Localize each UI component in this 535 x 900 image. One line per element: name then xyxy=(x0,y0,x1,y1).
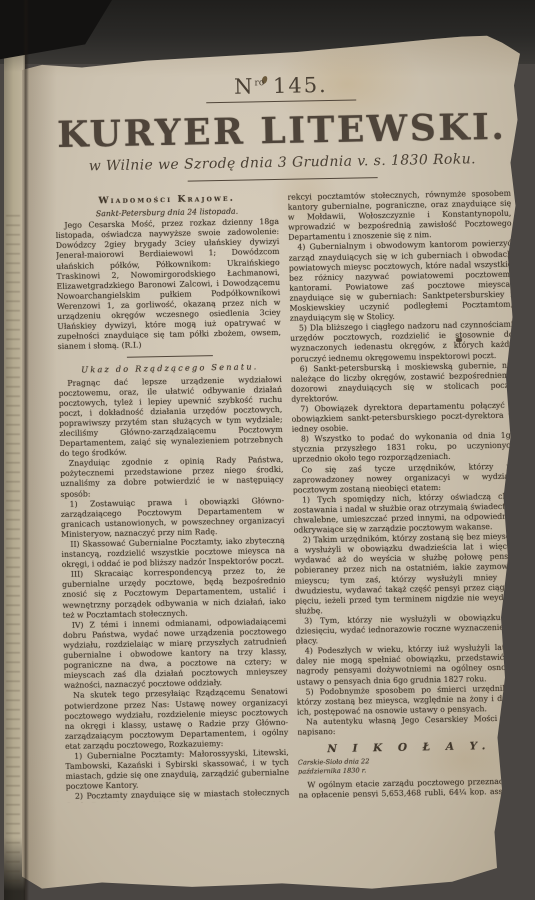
divider-rule xyxy=(188,177,378,181)
left-column: Wiadomości Krajowe. Sankt-Petersburg dni… xyxy=(55,193,290,803)
newspaper-title: KURYER LITEWSKI. xyxy=(53,106,510,156)
imperial-signature: N I K O Ł A Y. xyxy=(298,741,522,755)
paragraph: 1) Zostawuiąc prawa i obowiązki Główno-z… xyxy=(60,495,284,539)
issue-prefix: N xyxy=(234,74,255,98)
right-paragraphs: rekcyi pocztamtów stołecznych, równymże … xyxy=(287,189,520,738)
paragraph: Znayduiąc zgodnie z opinią Rady Państwa,… xyxy=(60,455,284,499)
paragraph: 4) Gubernialnym i obwodowym kantorom pow… xyxy=(288,239,513,324)
section-header: Wiadomości Krajowe. xyxy=(55,193,279,207)
paragraph: Pragnąc dać lepsze urządzenie wydziałowi… xyxy=(58,374,283,459)
paragraph: rekcyi pocztamtów stołecznych, równymże … xyxy=(287,189,511,244)
paragraph: Co się zaś tycze urzędników, którzy po z… xyxy=(292,461,516,495)
paragraph: Na skutek tego przesyłaiąc Rządzącemu Se… xyxy=(64,687,289,752)
issue-superscript: ro xyxy=(254,78,264,88)
paragraph: II) Skassować Gubernialne Pocztamty, iak… xyxy=(61,536,285,570)
page-content: Nro 145. KURYER LITEWSKI. w Wilnie we Sz… xyxy=(22,29,535,803)
paragraph: 4) Podeszłych w wieku, którzy iuż wysłuż… xyxy=(296,643,520,687)
paragraph: 2) Takim urzędnikóm, którzy zostaną się … xyxy=(294,532,519,617)
paragraph: 8) Wszystko to podać do wykonania od dni… xyxy=(292,431,516,465)
section-divider-rule xyxy=(127,356,213,359)
paragraph: IV) Z témi i innemi odmianami, odpowiada… xyxy=(63,617,288,692)
paragraph: 6) Sankt-petersburską i moskiewską guber… xyxy=(291,360,515,404)
issue-number: Nro 145. xyxy=(53,70,509,102)
paragraph: 3) Tym, którzy nie wysłużyli w obowiązku… xyxy=(295,613,519,647)
masthead: Nro 145. KURYER LITEWSKI. w Wilnie we Sz… xyxy=(53,70,511,184)
paragraph: III) Skracaiąc korrespondencyą przez to,… xyxy=(62,566,286,621)
ukaz-header: Ukaz do Rządzącego Senatu. xyxy=(58,361,282,375)
issue-value: 145. xyxy=(273,73,328,98)
newspaper-page: Nro 145. KURYER LITEWSKI. w Wilnie we Sz… xyxy=(22,34,522,892)
body-columns: Wiadomości Krajowe. Sankt-Petersburg dni… xyxy=(55,189,522,803)
paragraph: Jego Cesarska Mość, przez rozkaz dzienny… xyxy=(55,217,281,352)
paragraph: 1) Tych spomiędzy nich, którzy oświadczą… xyxy=(293,491,517,535)
paragraph: Na autentyku własną Jego Cesarskiey Mośc… xyxy=(297,713,521,737)
paragraph: 5) Dla bliższego i ciągłego nadzoru nad … xyxy=(290,320,514,364)
scan-background: Nro 145. KURYER LITEWSKI. w Wilnie we Sz… xyxy=(0,0,535,900)
signature-place-date: Carskie-Sioło dnia 22 października 1830 … xyxy=(298,757,392,776)
paragraph: 5) Podobnymże sposobem po śmierci urzędn… xyxy=(296,683,520,717)
divider-rule xyxy=(206,99,356,103)
ukaz-paragraphs: Pragnąc dać lepsze urządzenie wydziałowi… xyxy=(58,374,289,803)
paragraph: W ogólnym etacie zarządu pocztowego prze… xyxy=(298,777,522,799)
adjacent-page-edge xyxy=(4,0,25,900)
paragraph: 7) Obowiązek dyrektora departamentu połą… xyxy=(291,401,515,435)
page-fold-shadow xyxy=(23,0,29,900)
paragraph: 1) Gubernialne Pocztamty: Małorossyyski,… xyxy=(65,748,289,792)
right-column: rekcyi pocztamtów stołecznych, równymże … xyxy=(287,189,522,799)
